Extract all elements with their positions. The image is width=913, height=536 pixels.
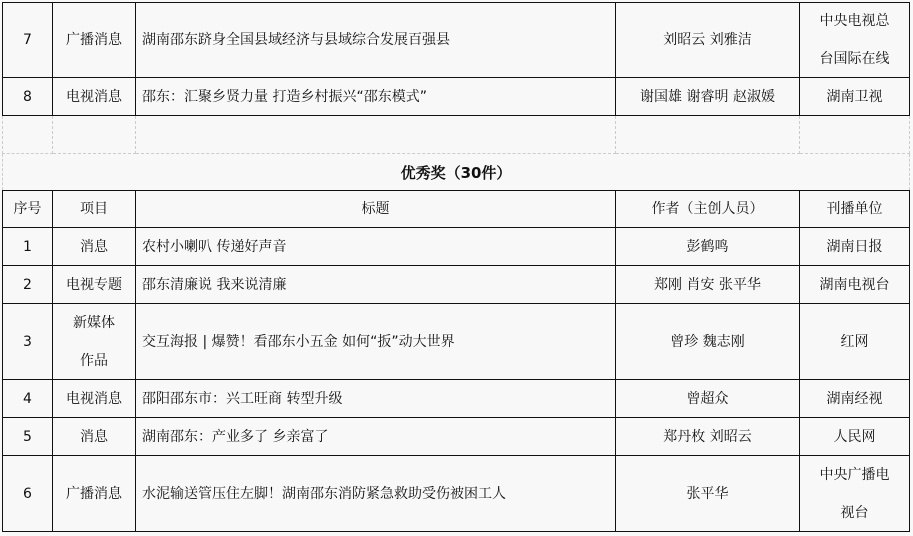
cell-authors: 曾超众 [616,380,800,418]
table-header: 序号 项目 标题 作者（主创人员） 刊播单位 [2,190,910,228]
cell-authors: 郑丹枚 刘昭云 [616,418,800,456]
section-title: 优秀奖（30件） [2,154,910,190]
cell-no: 1 [2,228,53,266]
cell-authors: 曾珍 魏志刚 [616,304,800,380]
cell-outlet: 湖南卫视 [800,78,910,116]
cell-no: 3 [2,304,53,380]
cell-no: 6 [2,456,53,532]
header-no: 序号 [2,190,53,228]
cell-title: 邵阳邵东市：兴工旺商 转型升级 [136,380,616,418]
cell-no: 4 [2,380,53,418]
header-title: 标题 [136,190,616,228]
outlet-line: 台国际在线 [820,40,890,78]
cell-authors: 谢国雄 谢睿明 赵淑媛 [616,78,800,116]
cell-category: 消息 [53,418,136,456]
cell-outlet: 中央广播电视台 [800,456,910,532]
table-row: 7 广播消息 湖南邵东跻身全国县域经济与县域综合发展百强县 刘昭云 刘雅洁 中央… [2,2,910,78]
cell-title: 交互海报 | 爆赞！看邵东小五金 如何“扳”动大世界 [136,304,616,380]
cell-title: 农村小喇叭 传递好声音 [136,228,616,266]
empty-cell [53,116,136,154]
outlet-line: 中央广播电 [820,456,890,494]
cell-no: 2 [2,266,53,304]
cell-authors: 郑刚 肖安 张平华 [616,266,800,304]
header-outlet: 刊播单位 [800,190,910,228]
cell-category: 电视消息 [53,380,136,418]
cell-category: 广播消息 [53,456,136,532]
cell-category: 新媒体作品 [53,304,136,380]
cell-title: 邵东清廉说 我来说清廉 [136,266,616,304]
cell-category: 电视消息 [53,78,136,116]
cell-outlet: 湖南日报 [800,228,910,266]
cell-authors: 彭鹤鸣 [616,228,800,266]
cell-outlet: 人民网 [800,418,910,456]
cell-no: 8 [2,78,53,116]
table-row: 2 电视专题 邵东清廉说 我来说清廉 郑刚 肖安 张平华 湖南电视台 [2,266,910,304]
outlet-line: 中央电视总 [820,2,890,40]
table-row: 6 广播消息 水泥输送管压住左脚！湖南邵东消防紧急救助受伤被困工人 张平华 中央… [2,456,910,532]
empty-cell [616,116,800,154]
empty-cell [2,116,53,154]
header-authors: 作者（主创人员） [616,190,800,228]
cell-category: 广播消息 [53,2,136,78]
table-row: 4 电视消息 邵阳邵东市：兴工旺商 转型升级 曾超众 湖南经视 [2,380,910,418]
cell-title: 水泥输送管压住左脚！湖南邵东消防紧急救助受伤被困工人 [136,456,616,532]
empty-row [2,116,910,154]
table-row: 5 消息 湖南邵东：产业多了 乡亲富了 郑丹枚 刘昭云 人民网 [2,418,910,456]
cell-no: 5 [2,418,53,456]
cell-authors: 张平华 [616,456,800,532]
cell-title: 邵东：汇聚乡贤力量 打造乡村振兴“邵东模式” [136,78,616,116]
cell-outlet: 中央电视总台国际在线 [800,2,910,78]
cell-authors: 刘昭云 刘雅洁 [616,2,800,78]
category-line: 新媒体 [73,304,115,342]
empty-cell [800,116,910,154]
table-row: 1 消息 农村小喇叭 传递好声音 彭鹤鸣 湖南日报 [2,228,910,266]
cell-title: 湖南邵东：产业多了 乡亲富了 [136,418,616,456]
cell-category: 电视专题 [53,266,136,304]
cell-no: 7 [2,2,53,78]
cell-title: 湖南邵东跻身全国县域经济与县域综合发展百强县 [136,2,616,78]
empty-cell [136,116,616,154]
category-line: 作品 [73,342,115,380]
outlet-line: 视台 [820,494,890,532]
table-row: 8 电视消息 邵东：汇聚乡贤力量 打造乡村振兴“邵东模式” 谢国雄 谢睿明 赵淑… [2,78,910,116]
cell-outlet: 湖南经视 [800,380,910,418]
cell-outlet: 红网 [800,304,910,380]
cell-category: 消息 [53,228,136,266]
cell-outlet: 湖南电视台 [800,266,910,304]
header-category: 项目 [53,190,136,228]
table-row: 3 新媒体作品 交互海报 | 爆赞！看邵东小五金 如何“扳”动大世界 曾珍 魏志… [2,304,910,380]
